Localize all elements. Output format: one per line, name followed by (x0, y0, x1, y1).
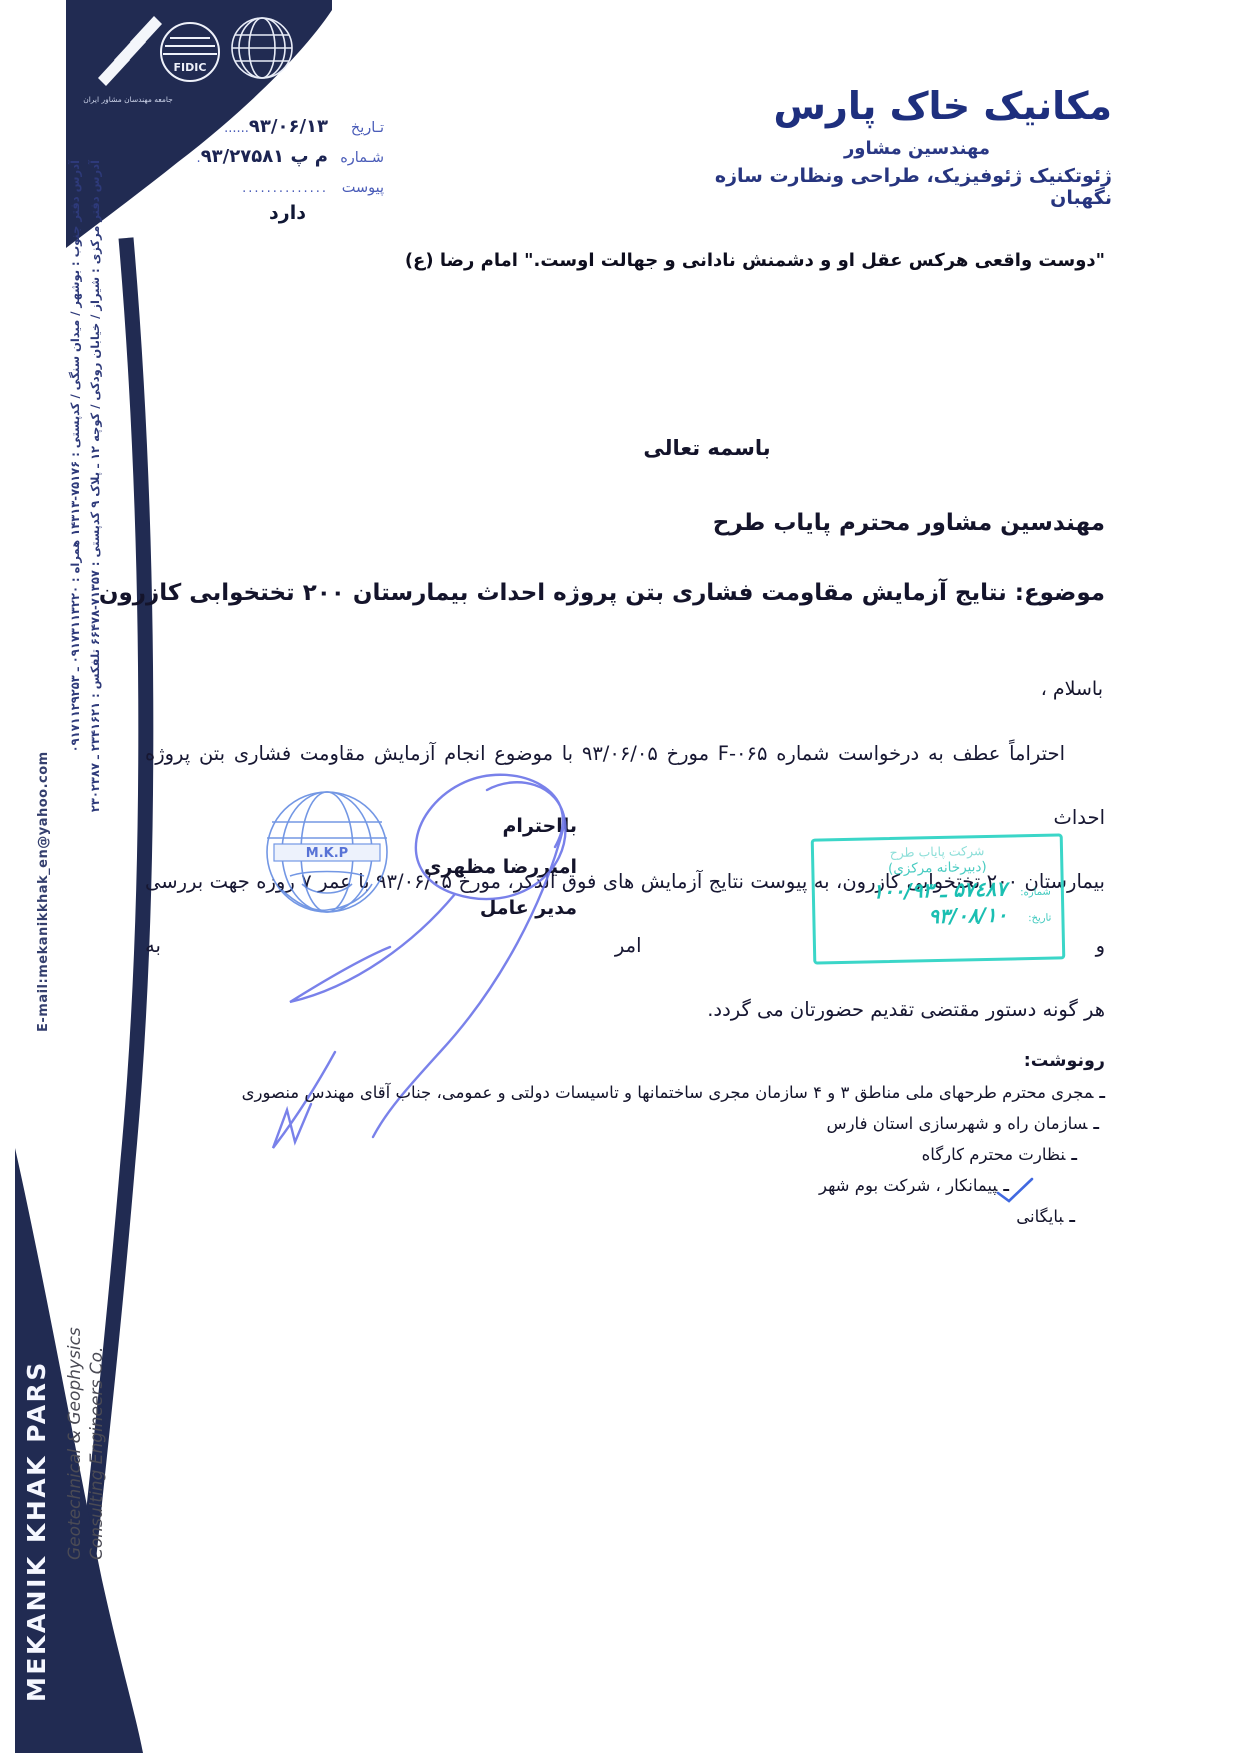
subject-line: موضوع: نتایج آزمایش مقاومت فشاری بتن پرو… (99, 580, 1105, 606)
attachment-label: پیوست (328, 180, 384, 196)
date-dots: ...... (224, 121, 249, 136)
date-value: ۹۳/۰۶/۱۳...... (148, 116, 328, 137)
number-value-text: م پ ۹۳/۲۷۵۸۱ (201, 146, 328, 167)
attachment-value: دارد (148, 202, 306, 224)
received-number-value: ۵۷٤۸۷ ـ ۱۰۰/۹۳ (872, 877, 1007, 904)
received-stamp: شرکت پایاب طرح (دبیرخانه مرکزی) شماره: ۵… (811, 833, 1066, 964)
society-label: جامعه مهندسان مشاور ایران (83, 95, 173, 104)
meta-date-row: تـاریخ ۹۳/۰۶/۱۳...... (148, 116, 384, 137)
meta-attachment-row: پیوست .............. (148, 176, 384, 197)
recipient-line: مهندسین مشاور محترم پایاب طرح (713, 510, 1105, 536)
received-stamp-number-row: شماره: ۵۷٤۸۷ ـ ۱۰۰/۹۳ (825, 876, 1051, 905)
company-services: ژئوتکنیک ژئوفیزیک، طراحی ونظارت سازه نگه… (682, 165, 1112, 209)
date-value-text: ۹۳/۰۶/۱۳ (249, 116, 328, 137)
company-name-english: MEKANIK KHAK PARS (22, 1272, 51, 1702)
scanned-letter-page: جامعه مهندسان مشاور ایران FIDIC آدرس دفت… (0, 0, 1240, 1753)
company-description-english: Geotechnical & Geophysics Consulting Eng… (64, 1180, 108, 1560)
date-label: تـاریخ (328, 120, 384, 136)
cc-label: رونوشت: (125, 1051, 1105, 1071)
cc-dash: ـ (1069, 1207, 1075, 1226)
received-date-label: تاریخ: (1007, 913, 1051, 925)
cc-item-text: پیمانکار ، شرکت بوم شهر (819, 1176, 997, 1195)
cc-item: ـمجری محترم طرحهای ملی مناطق ۳ و ۴ سازما… (125, 1077, 1105, 1108)
company-name: مکانیک خاک پارس (682, 86, 1112, 128)
address-south-office: آدرس دفتر جنوب : بوشهر / میدان سنگی / کد… (68, 160, 82, 660)
letter-meta: تـاریخ ۹۳/۰۶/۱۳...... شـماره م پ ۹۳/۲۷۵۸… (148, 116, 384, 224)
cc-dash: ـ (1093, 1114, 1099, 1133)
number-value: م پ ۹۳/۲۷۵۸۱. (148, 146, 328, 167)
letterhead-header: مکانیک خاک پارس مهندسین مشاور ژئوتکنیک ژ… (682, 86, 1112, 209)
received-stamp-date-row: تاریخ: ۹۳/۰۸/۱۰ (825, 902, 1051, 931)
cc-item-text: مجری محترم طرحهای ملی مناطق ۳ و ۴ سازمان… (242, 1083, 1094, 1102)
attachment-dots: .............. (242, 181, 328, 196)
cc-section: رونوشت: ـمجری محترم طرحهای ملی مناطق ۳ و… (125, 1051, 1105, 1232)
cc-item: ـبایگانی (125, 1201, 1075, 1232)
cc-item-text: بایگانی (1016, 1207, 1063, 1226)
cc-item-text: نظارت محترم کارگاه (922, 1145, 1066, 1164)
received-number-label: شماره: (1007, 887, 1051, 899)
cc-item: ـپیمانکار ، شرکت بوم شهر (125, 1170, 1009, 1201)
received-date-value: ۹۳/۰۸/۱۰ (928, 903, 1008, 929)
checkmark-icon (995, 1176, 1035, 1204)
cc-item: ـنظارت محترم کارگاه (125, 1139, 1077, 1170)
cc-item: ـسازمان راه و شهرسازی استان فارس (125, 1108, 1099, 1139)
email-address: E-mail:mekanikkhak_en@yahoo.com (36, 752, 51, 1032)
cc-dash: ـ (1099, 1083, 1105, 1102)
company-subtitle: مهندسین مشاور (682, 138, 990, 159)
received-stamp-secretariat: (دبیرخانه مرکزی) (824, 858, 1050, 879)
brand-line-2: Consulting Engineers Co. (86, 1180, 108, 1560)
religious-quote: "دوست واقعی هرکس عقل او و دشمنش نادانی و… (405, 250, 1105, 271)
salutation: باسلام ، (1041, 678, 1103, 700)
meta-number-row: شـماره م پ ۹۳/۲۷۵۸۱. (148, 146, 384, 167)
basmala: باسمه تعالی (547, 436, 867, 460)
fidic-label: FIDIC (174, 61, 207, 74)
brand-line-1: Geotechnical & Geophysics (64, 1180, 86, 1560)
cc-item-text: سازمان راه و شهرسازی استان فارس (826, 1114, 1087, 1133)
cc-dash: ـ (1071, 1145, 1077, 1164)
number-label: شـماره (328, 150, 384, 166)
